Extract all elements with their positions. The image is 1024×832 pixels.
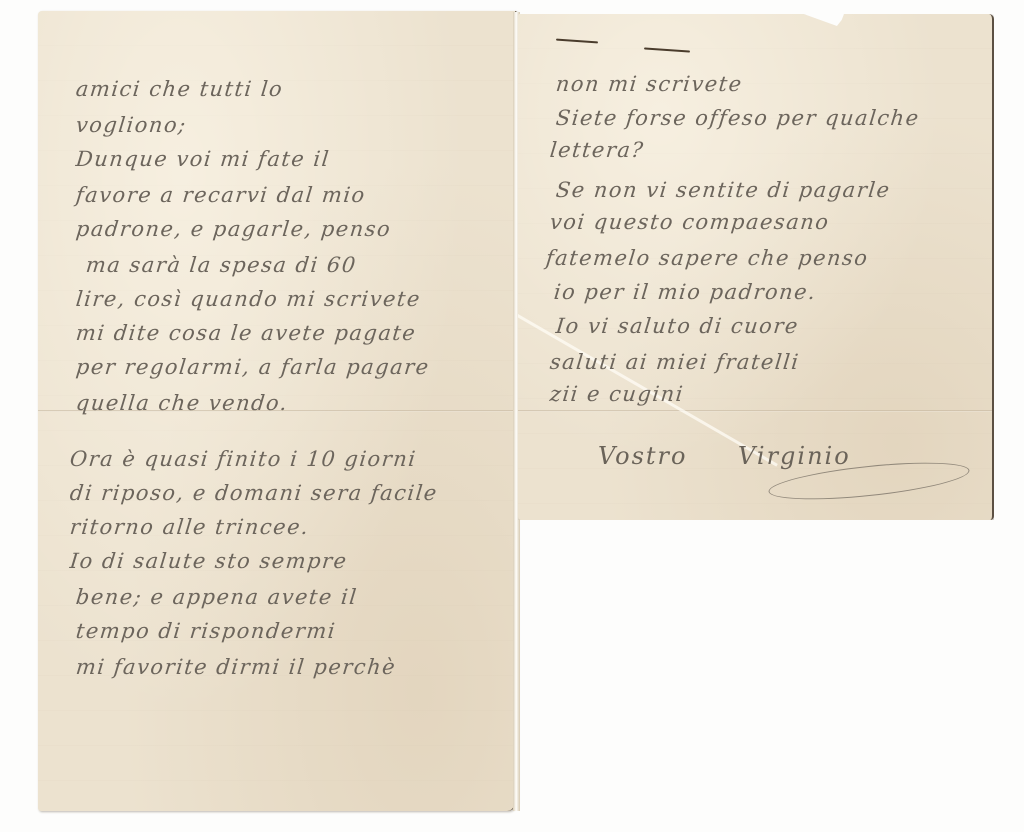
- letter-line: favore a recarvi dal mio: [75, 183, 367, 207]
- letter-page-right: non mi scrivete Siete forse offeso per q…: [518, 14, 994, 520]
- letter-line: ritorno alle trincee.: [69, 515, 311, 539]
- letter-line: io per il mio padrone.: [553, 280, 818, 304]
- letter-line: Siete forse offeso per qualche: [555, 106, 921, 130]
- letter-line: Dunque voi mi fate il: [75, 147, 331, 171]
- letter-line: quella che vendo.: [75, 391, 290, 415]
- letter-line: saluti ai miei fratelli: [549, 350, 801, 374]
- letter-line: Se non vi sentite di pagarle: [555, 178, 892, 202]
- letter-line: per regolarmi, a farla pagare: [75, 355, 431, 379]
- letter-line: bene; e appena avete il: [75, 585, 359, 609]
- letter-line: di riposo, e domani sera facile: [69, 481, 439, 505]
- letter-line: Ora è quasi finito i 10 giorni: [69, 447, 418, 471]
- letter-line: mi favorite dirmi il perchè: [75, 655, 398, 679]
- signature: Virginio: [738, 442, 851, 470]
- letter-line: voi questo compaesano: [549, 210, 831, 234]
- letter-line: mi dite cosa le avete pagate: [75, 321, 418, 345]
- letter-line: Io di salute sto sempre: [69, 549, 349, 573]
- closing-text: Vostro: [598, 442, 687, 470]
- letter-line: lettera?: [549, 138, 646, 162]
- letter-line: tempo di rispondermi: [75, 619, 338, 643]
- letter-line: padrone, e pagarle, penso: [75, 217, 393, 241]
- staple-icon: [556, 39, 598, 44]
- letter-line: vogliono;: [75, 113, 188, 137]
- letter-page-left: amici che tutti lo vogliono; Dunque voi …: [38, 11, 517, 811]
- letter-line: non mi scrivete: [555, 72, 744, 96]
- letter-line: Io vi saluto di cuore: [555, 314, 800, 338]
- letter-line: amici che tutti lo: [75, 77, 285, 101]
- letter-line: ma sarà la spesa di 60: [85, 253, 358, 277]
- staple-icon: [644, 47, 690, 52]
- letter-line: lire, così quando mi scrivete: [75, 287, 422, 311]
- horizontal-fold: [518, 410, 992, 412]
- letter-line: zii e cugini: [549, 382, 685, 406]
- letter-line: fatemelo sapere che penso: [545, 246, 870, 270]
